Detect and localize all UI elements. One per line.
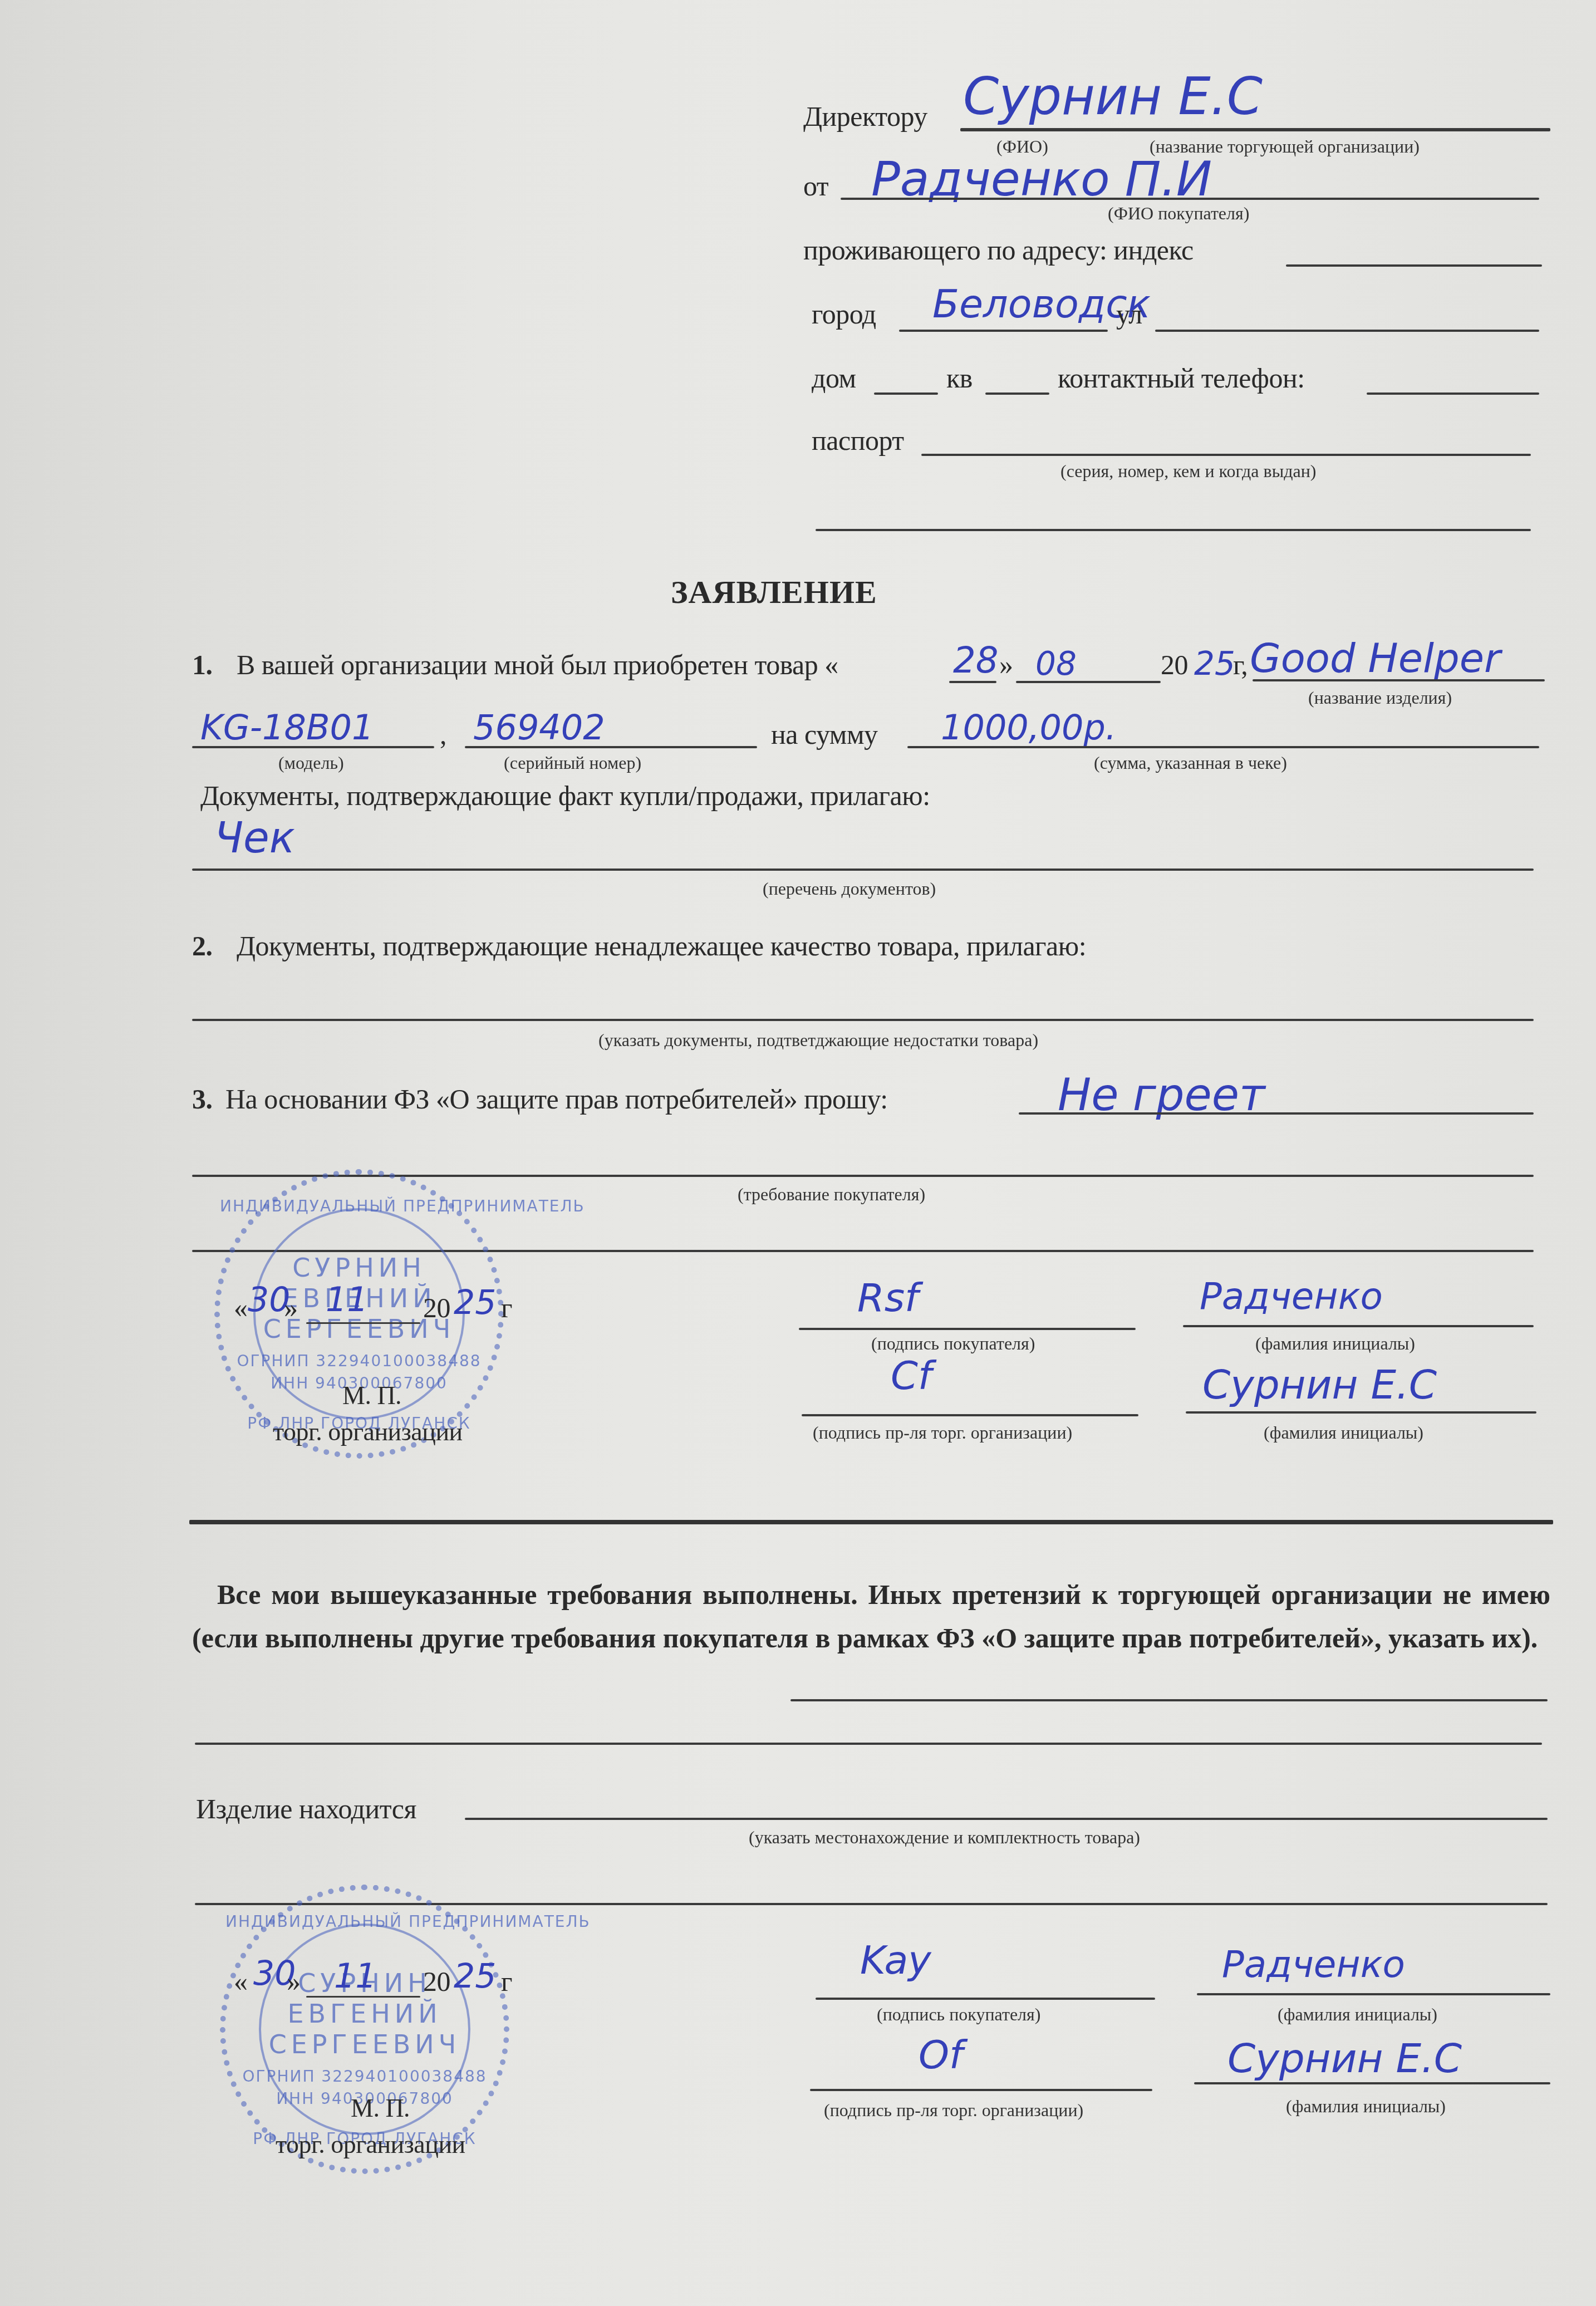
product-caption: (название изделия) (1308, 688, 1452, 708)
stamp-ogrnip: ОГРНИП 322940100038488 (220, 1352, 498, 1370)
sum-underline (907, 746, 1539, 748)
buyer-signature-caption: (подпись покупателя) (871, 1333, 1035, 1354)
director-underline (960, 128, 1550, 131)
section-divider (189, 1520, 1553, 1524)
street-field[interactable] (1155, 330, 1539, 332)
city-underline (899, 330, 1108, 332)
seller-signature[interactable]: Of (919, 2032, 963, 2078)
apt-field[interactable] (985, 392, 1049, 395)
seller-signature-line (810, 2089, 1152, 2091)
seller-signature-caption: (подпись пр-ля торг. организации) (813, 1422, 1072, 1443)
seller-signature-line (802, 1414, 1138, 1416)
product-name-underline (1253, 679, 1545, 681)
product-name-field[interactable]: Good Helper (1250, 635, 1501, 681)
model-serial-comma: , (440, 718, 446, 750)
buyer-signature-caption: (подпись покупателя) (877, 2004, 1040, 2025)
director-label: Директору (803, 100, 927, 133)
buyer-signature[interactable]: Rsf (857, 1275, 919, 1321)
date-close-quote: » (287, 1965, 301, 1998)
serial-field[interactable]: 569402 (473, 707, 605, 748)
seller-surname-caption: (фамилия инициалы) (1264, 1422, 1423, 1443)
house-label: дом (812, 362, 856, 394)
seller-surname-caption: (фамилия инициалы) (1286, 2096, 1446, 2117)
buyer-signature-line (799, 1328, 1136, 1330)
stamp-line-2: ЕВГЕНИЙ (225, 1999, 504, 2029)
city-label: город (812, 298, 876, 330)
sign-date-month-field[interactable]: 11 (334, 1957, 376, 1996)
buyer-surname-caption: (фамилия инициалы) (1255, 1333, 1415, 1354)
item-1-number: 1. (192, 649, 213, 681)
passport-label: паспорт (812, 424, 904, 457)
apt-label: кв (946, 362, 973, 394)
from-label: от (803, 170, 828, 202)
day-close-quote: » (999, 649, 1013, 681)
buyer-surname-field[interactable]: Радченко (1222, 1943, 1405, 1986)
location-label: Изделие находится (196, 1793, 416, 1825)
defect-docs-field[interactable] (192, 1019, 1534, 1021)
sign-year-prefix: 20 (423, 1965, 450, 1998)
date-open-quote: « (234, 1965, 248, 1998)
date-open-quote: « (234, 1292, 248, 1324)
seller-surname-line (1186, 1411, 1536, 1414)
location-field[interactable] (465, 1818, 1548, 1820)
index-field[interactable] (1286, 264, 1542, 267)
buyer-surname-line (1183, 1325, 1534, 1327)
buyer-surname-caption: (фамилия инициалы) (1278, 2004, 1437, 2025)
requirement-caption: (требование покупателя) (738, 1184, 925, 1205)
seller-surname-field[interactable]: Сурнин Е.С (1202, 1361, 1437, 1408)
stamp-ring-text: ИНДИВИДУАЛЬНЫЙ ПРЕДПРИНИМАТЕЛЬ (225, 1912, 504, 1931)
phone-field[interactable] (1367, 392, 1539, 395)
seller-surname-field[interactable]: Сурнин Е.С (1227, 2035, 1462, 2082)
sign-month-underline (306, 1322, 420, 1324)
model-caption: (модель) (278, 753, 344, 773)
stamp-ogrnip: ОГРНИП 322940100038488 (225, 2067, 504, 2086)
sum-caption: (сумма, указанная в чеке) (1094, 753, 1287, 773)
year-unit: г, (1233, 649, 1248, 681)
seller-signature-caption: (подпись пр-ля торг. организации) (824, 2100, 1083, 2121)
purchase-docs-label: Документы, подтверждающие факт купли/про… (200, 779, 930, 812)
passport-field-line2[interactable] (816, 529, 1531, 531)
sign-year-unit: г (501, 1292, 512, 1324)
model-underline (192, 746, 434, 748)
director-field[interactable]: Сурнин Е.С (963, 67, 1263, 126)
sign-date-month-field[interactable]: 11 (326, 1280, 368, 1319)
other-requirements-field[interactable] (790, 1699, 1548, 1701)
other-requirements-line2[interactable] (195, 1743, 1542, 1745)
org-label: торг. организации (276, 2130, 465, 2159)
passport-caption: (серия, номер, кем и когда выдан) (1060, 461, 1316, 482)
seller-surname-line (1194, 2082, 1550, 2084)
date-close-quote: » (284, 1292, 298, 1324)
defect-docs-caption: (указать документы, подтветджающие недос… (598, 1030, 1038, 1051)
from-underline (841, 198, 1539, 200)
sum-label: на сумму (771, 718, 878, 750)
sign-year-unit: г (501, 1965, 512, 1998)
mp-label: М. П. (342, 1381, 401, 1410)
seller-signature[interactable]: Cf (891, 1353, 932, 1399)
buyer-signature[interactable]: Kay (860, 1937, 931, 1983)
sign-year-prefix: 20 (423, 1292, 450, 1324)
buyer-caption: (ФИО покупателя) (1108, 203, 1249, 224)
purchase-docs-underline (192, 869, 1534, 871)
sign-date-year-field[interactable]: 25 (454, 1283, 496, 1322)
model-field[interactable]: KG-18B01 (200, 707, 374, 748)
house-field[interactable] (874, 392, 938, 395)
passport-field[interactable] (921, 454, 1531, 456)
year-prefix: 20 (1161, 649, 1188, 681)
closing-paragraph: Все мои вышеуказанные требования выполне… (192, 1573, 1550, 1660)
stamp-line-1: СУРНИН (220, 1253, 498, 1283)
buyer-surname-field[interactable]: Радченко (1200, 1275, 1383, 1318)
item-2-text: Документы, подтверждающие ненадлежащее к… (237, 930, 1086, 962)
buyer-signature-line (816, 1998, 1155, 2000)
serial-caption: (серийный номер) (504, 753, 641, 773)
address-label: проживающего по адресу: индекс (803, 234, 1194, 266)
stamp-ring-text: ИНДИВИДУАЛЬНЫЙ ПРЕДПРИНИМАТЕЛЬ (220, 1197, 498, 1215)
item-1-text: В вашей организации мной был приобретен … (237, 649, 838, 681)
phone-label: контактный телефон: (1058, 362, 1305, 394)
item-3-number: 3. (192, 1083, 213, 1115)
street-label: ул (1116, 298, 1142, 330)
sum-field[interactable]: 1000,00р. (941, 707, 1116, 748)
requirement-underline (1019, 1112, 1534, 1115)
buyer-surname-line (1197, 1993, 1550, 1995)
purchase-docs-caption: (перечень документов) (763, 879, 936, 899)
sign-month-underline (306, 1996, 420, 1998)
sign-date-year-field[interactable]: 25 (454, 1957, 496, 1996)
stamp-line-3: СЕРГЕЕВИЧ (225, 2029, 504, 2059)
org-label: торг. организации (273, 1417, 463, 1446)
purchase-month-underline (1016, 681, 1161, 683)
purchase-docs-field[interactable]: Чек (214, 813, 295, 862)
document-title: ЗАЯВЛЕНИЕ (671, 573, 877, 611)
purchase-day-field[interactable]: 28 (953, 640, 998, 681)
location-caption: (указать местонахождение и комплектность… (749, 1827, 1140, 1848)
item-2-number: 2. (192, 930, 213, 962)
mp-label: М. П. (351, 2093, 410, 2123)
purchase-day-underline (949, 681, 996, 683)
item-3-text: На основании ФЗ «О защите прав потребите… (225, 1083, 888, 1115)
serial-underline (465, 746, 757, 748)
purchase-year-field[interactable]: 25 (1194, 645, 1235, 683)
purchase-month-field[interactable]: 08 (1035, 645, 1077, 683)
